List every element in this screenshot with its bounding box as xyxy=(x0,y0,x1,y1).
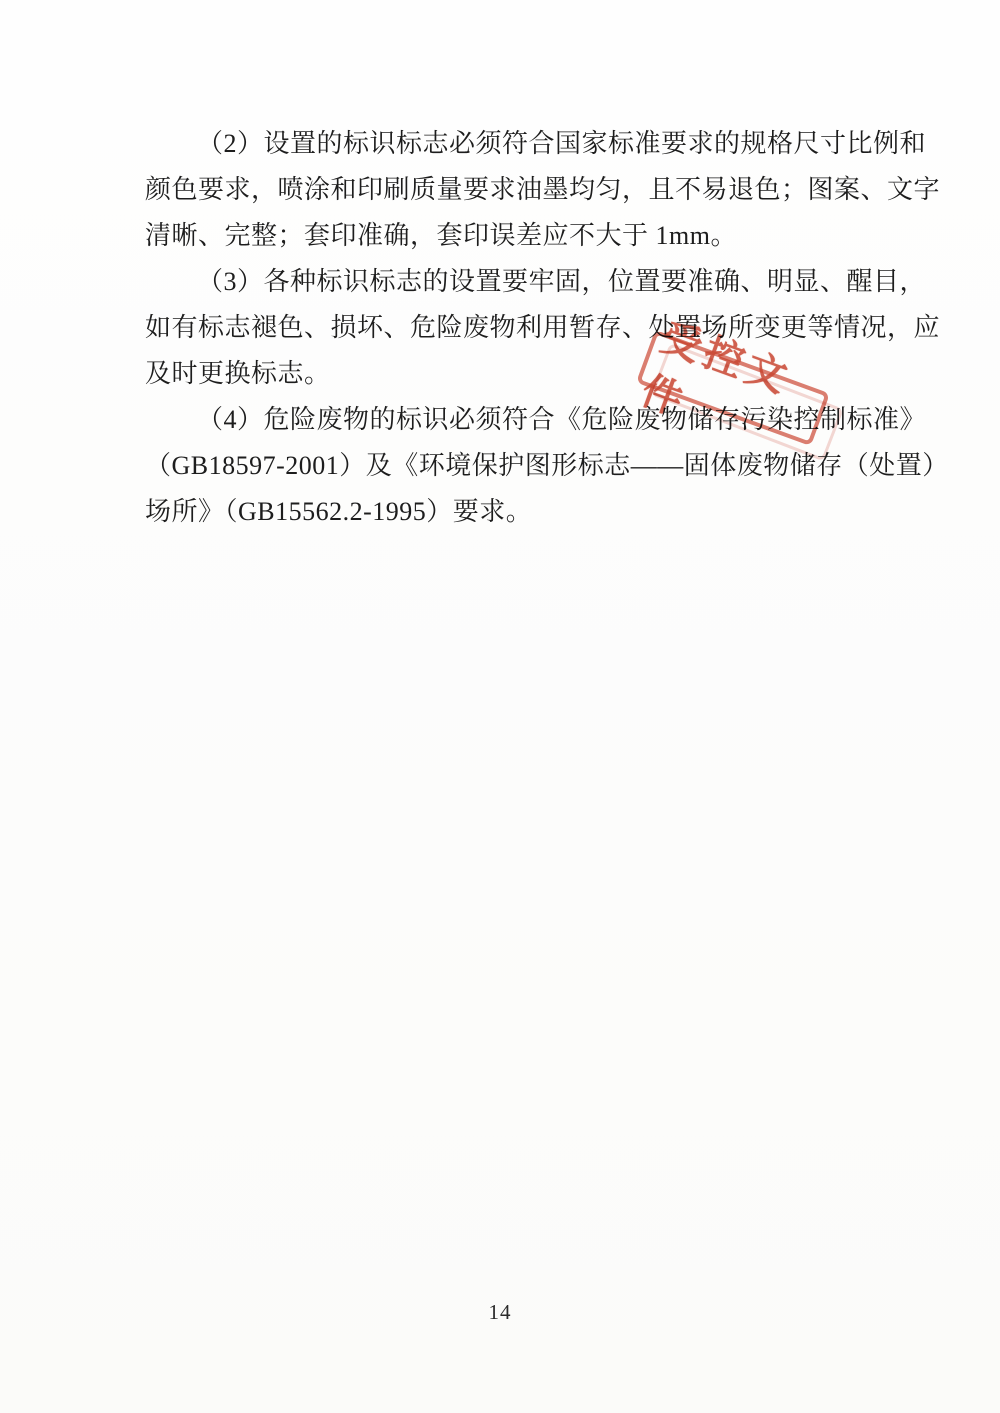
paragraph-line: （3）各种标识标志的设置要牢固，位置要准确、明显、醒目， xyxy=(145,259,857,305)
paragraph-line: （2）设置的标识标志必须符合国家标准要求的规格尺寸比例和 xyxy=(145,121,857,167)
paragraph-line: 清晰、完整；套印准确，套印误差应不大于 1mm。 xyxy=(145,213,857,259)
body-text: （2）设置的标识标志必须符合国家标准要求的规格尺寸比例和 颜色要求，喷涂和印刷质… xyxy=(145,121,857,535)
paragraph-line: 颜色要求，喷涂和印刷质量要求油墨均匀，且不易退色；图案、文字 xyxy=(145,167,857,213)
document-page: （2）设置的标识标志必须符合国家标准要求的规格尺寸比例和 颜色要求，喷涂和印刷质… xyxy=(0,0,1000,1413)
paragraph-line: 场所》（GB15562.2-1995）要求。 xyxy=(145,489,857,535)
page-number: 14 xyxy=(0,1300,1000,1325)
